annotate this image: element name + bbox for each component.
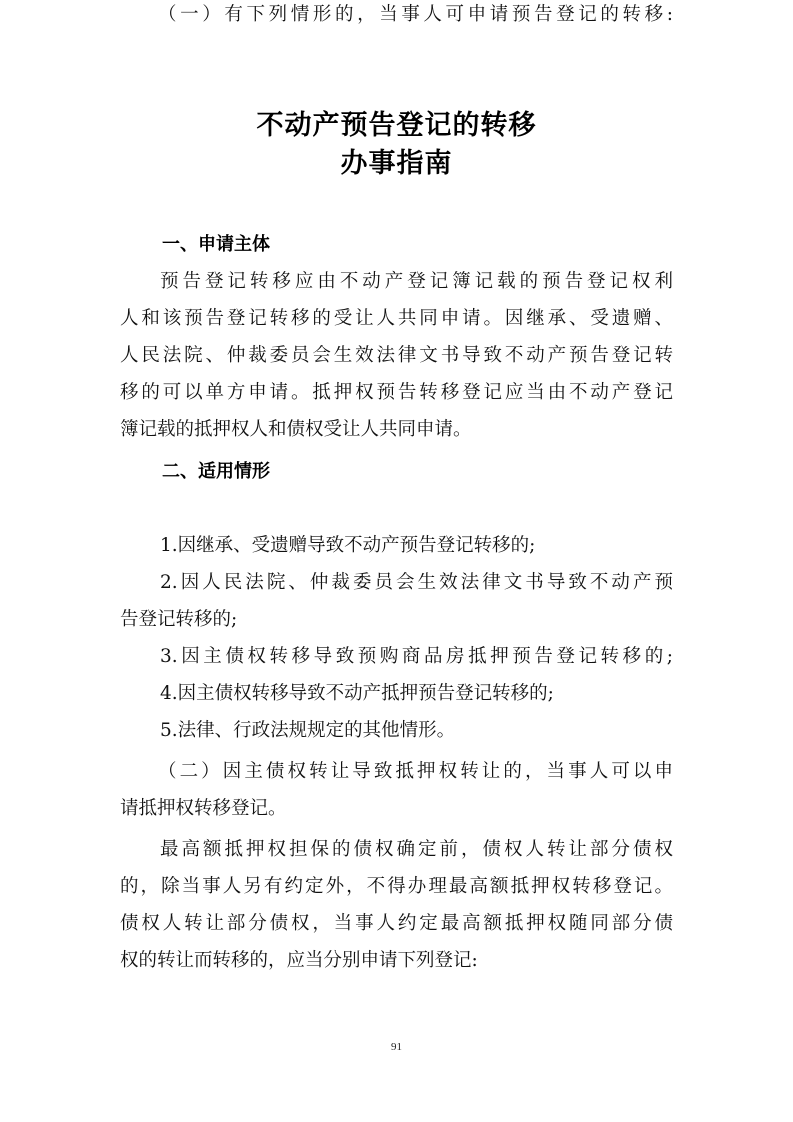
document-page: 不动产预告登记的转移 办事指南 一、申请主体 预告登记转移应由不动产登记簿记载的… bbox=[0, 0, 793, 1122]
paragraph-line: 人民法院、仲裁委员会生效法律文书导致不动产预告登记转 bbox=[120, 341, 673, 367]
paragraph-line: （二）因主债权转让导致抵押权转让的，当事人可以申 bbox=[158, 757, 673, 783]
page-number: 91 bbox=[0, 1041, 793, 1053]
paragraph-line: 预告登记转移应由不动产登记簿记载的预告登记权利 bbox=[160, 267, 673, 293]
paragraph-line: 请抵押权转移登记。 bbox=[120, 794, 673, 820]
paragraph-line: 簿记载的抵押权人和债权受让人共同申请。 bbox=[120, 415, 673, 441]
list-item: 1.因继承、受遗赠导致不动产预告登记转移的; bbox=[160, 531, 673, 557]
paragraph-line: （一）有下列情形的，当事人可申请预告登记的转移: bbox=[158, 0, 673, 26]
list-item: 4.因主债权转移导致不动产抵押预告登记转移的; bbox=[160, 679, 673, 705]
paragraph-line: 人和该预告登记转移的受让人共同申请。因继承、受遗赠、 bbox=[120, 304, 673, 330]
paragraph-line: 移的可以单方申请。抵押权预告转移登记应当由不动产登记 bbox=[120, 378, 673, 404]
paragraph-line: 最高额抵押权担保的债权确定前，债权人转让部分债权 bbox=[160, 835, 673, 861]
list-item-continuation: 告登记转移的; bbox=[120, 605, 673, 631]
section-heading-applicable-cases: 二、适用情形 bbox=[162, 457, 270, 483]
list-item: 5.法律、行政法规规定的其他情形。 bbox=[160, 716, 673, 742]
document-title-line-2: 办事指南 bbox=[0, 141, 793, 180]
list-item: 2.因人民法院、仲裁委员会生效法律文书导致不动产预 bbox=[160, 568, 673, 594]
section-heading-applicant: 一、申请主体 bbox=[162, 230, 270, 256]
paragraph-line: 权的转让而转移的，应当分别申请下列登记: bbox=[120, 946, 673, 972]
document-title-line-1: 不动产预告登记的转移 bbox=[0, 103, 793, 142]
paragraph-line: 债权人转让部分债权，当事人约定最高额抵押权随同部分债 bbox=[120, 909, 673, 935]
list-item: 3.因主债权转移导致预购商品房抵押预告登记转移的; bbox=[160, 642, 673, 668]
paragraph-line: 的，除当事人另有约定外，不得办理最高额抵押权转移登记。 bbox=[120, 872, 673, 898]
